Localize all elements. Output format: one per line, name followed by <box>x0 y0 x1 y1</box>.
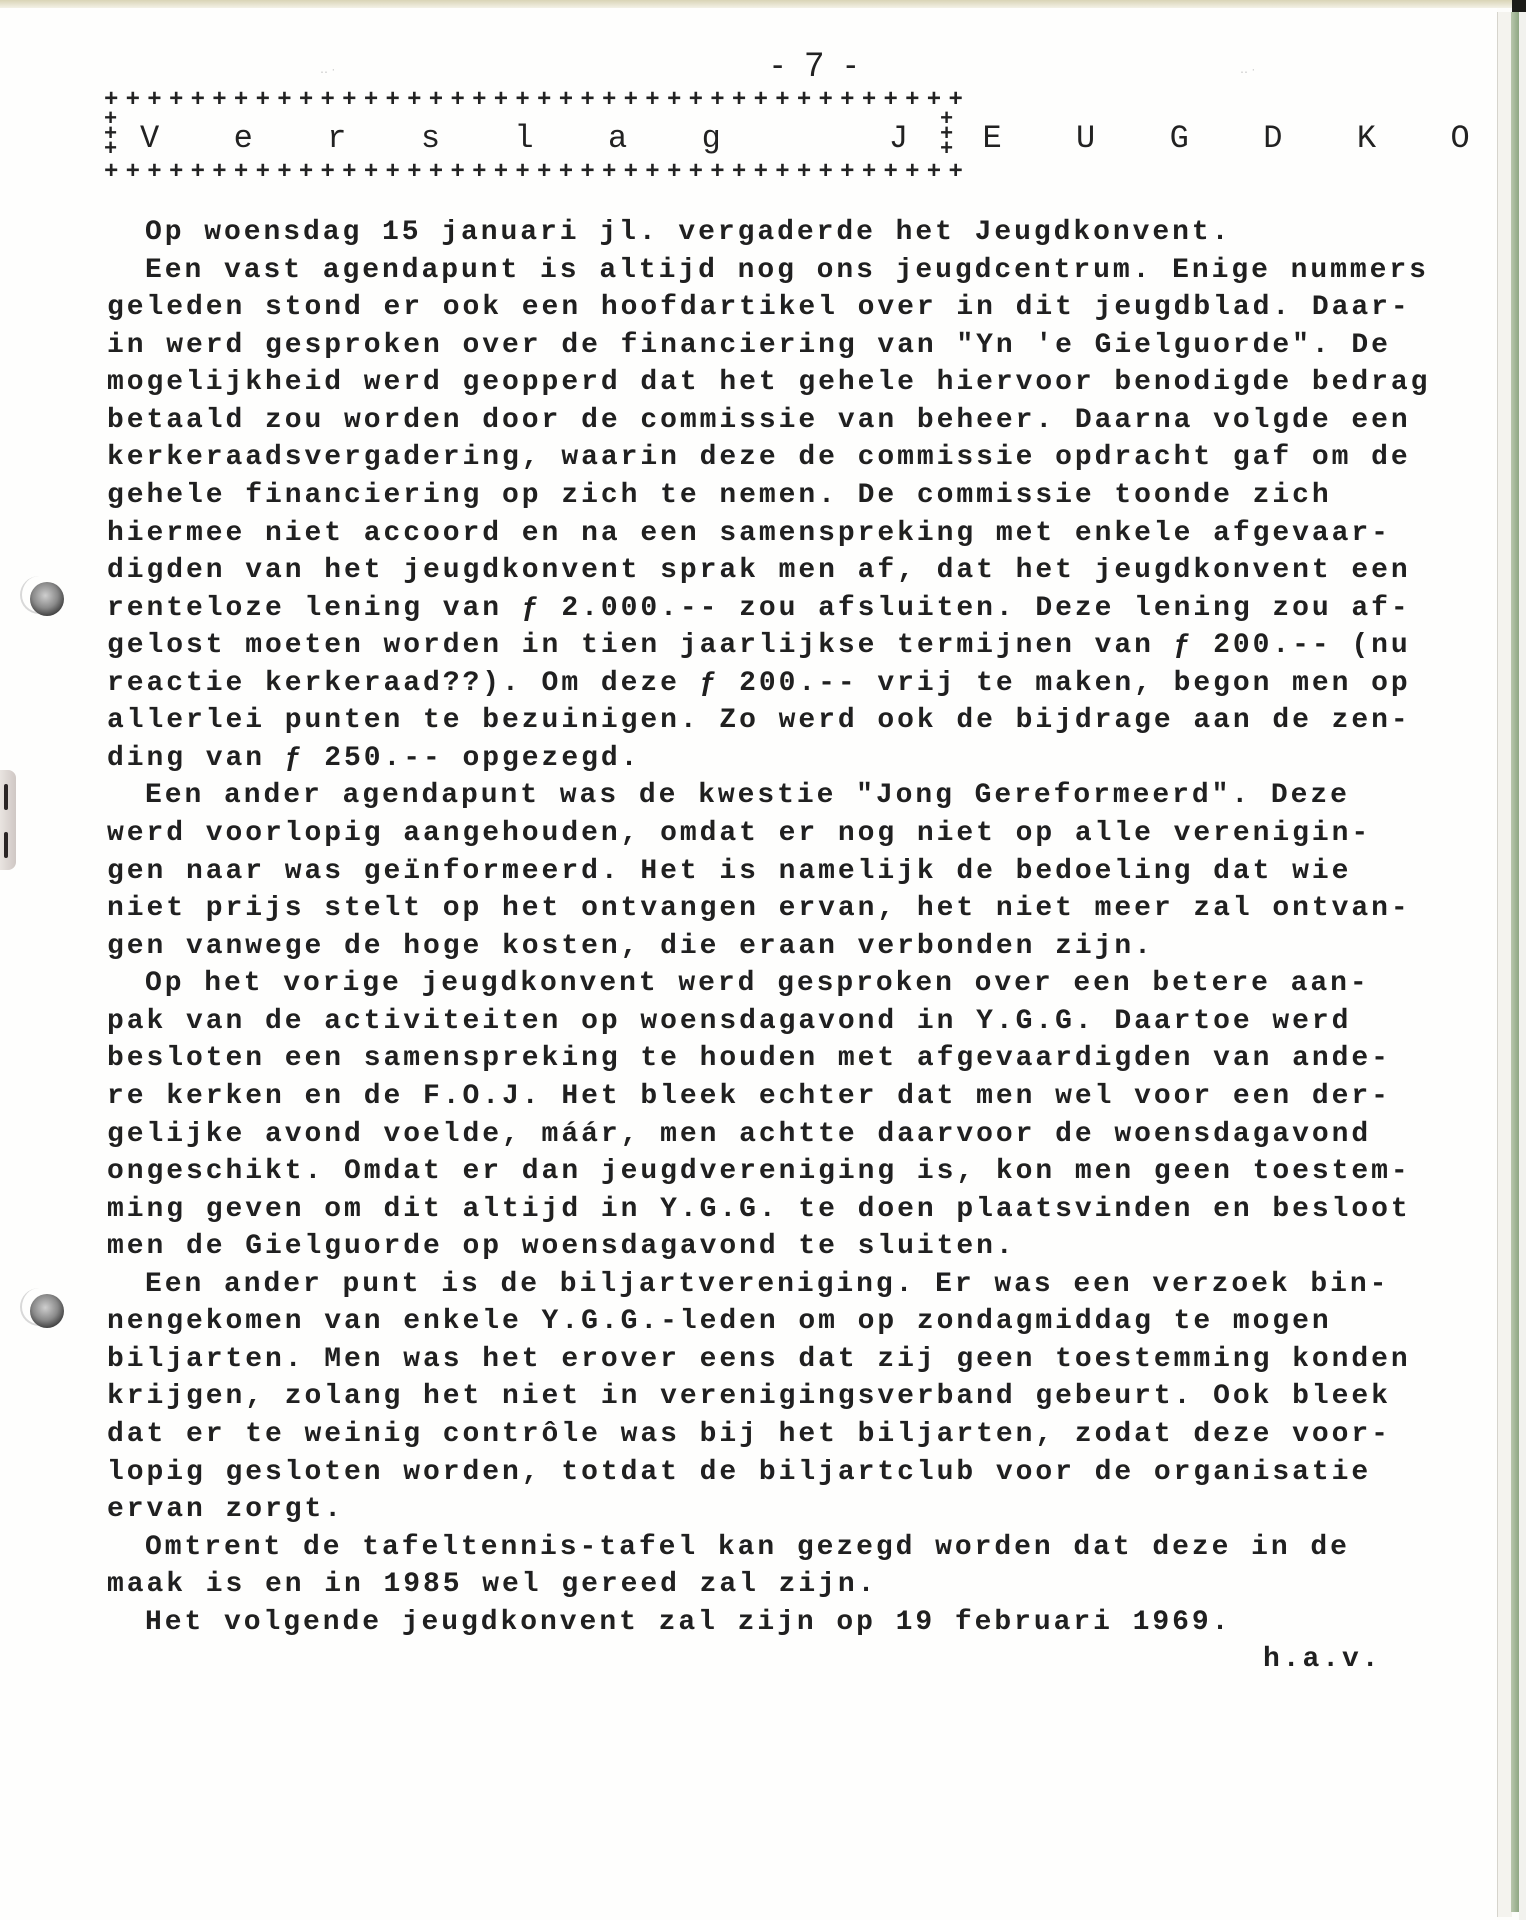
text-line: ongeschikt. Omdat er dan jeugdvereniging… <box>107 1153 1467 1191</box>
banner-left-border: + + + <box>104 112 117 157</box>
punch-hole-icon <box>30 1294 64 1328</box>
text-line: allerlei punten te bezuinigen. Zo werd o… <box>107 702 1467 740</box>
text-line: pak van de activiteiten op woensdagavond… <box>107 1003 1467 1041</box>
text-line: gelost moeten worden in tien jaarlijkse … <box>107 627 1467 665</box>
banner-right-border: + + + <box>940 112 953 157</box>
plus-char: + <box>940 142 953 157</box>
text-line: besloten een samenspreking te houden met… <box>107 1040 1467 1078</box>
page-top-edge <box>0 0 1526 8</box>
text-line: biljarten. Men was het erover eens dat z… <box>107 1341 1467 1379</box>
page-number: - 7 - <box>772 46 862 85</box>
scan-margin <box>1519 0 1526 1920</box>
text-line: re kerken en de F.O.J. Het bleek echter … <box>107 1078 1467 1116</box>
binder-ring-icon <box>0 770 16 870</box>
author-signature: h.a.v. <box>107 1641 1467 1679</box>
text-line: werd voorlopig aangehouden, omdat er nog… <box>107 815 1467 853</box>
text-line: reactie kerkeraad??). Om deze ƒ 200.-- v… <box>107 665 1467 703</box>
text-line: gelijke avond voelde, máár, men achtte d… <box>107 1116 1467 1154</box>
ring-wire <box>4 784 8 810</box>
ring-wire <box>4 832 8 858</box>
faint-mark: ‥ · <box>1240 62 1255 76</box>
binder-cover-edge <box>1511 12 1519 1912</box>
paragraph-first-line: Op het vorige jeugdkonvent werd gesproke… <box>107 965 1467 1003</box>
text-line: kerkeraadsvergadering, waarin deze de co… <box>107 439 1467 477</box>
text-line: lopig gesloten worden, totdat de biljart… <box>107 1454 1467 1492</box>
text-line: in werd gesproken over de financiering v… <box>107 327 1467 365</box>
text-line: krijgen, zolang het niet in verenigingsv… <box>107 1378 1467 1416</box>
paragraph-first-line: Op woensdag 15 januari jl. vergaderde he… <box>107 214 1467 252</box>
text-line: dat er te weinig contrôle was bij het bi… <box>107 1416 1467 1454</box>
punch-hole-icon <box>30 582 64 616</box>
paragraph-first-line: Een vast agendapunt is altijd nog ons je… <box>107 252 1467 290</box>
text-line: maak is en in 1985 wel gereed zal zijn. <box>107 1566 1467 1604</box>
banner-bottom-border: ++++++++++++++++++++++++++++++++++++++++ <box>104 164 954 182</box>
text-line: ming geven om dit altijd in Y.G.G. te do… <box>107 1191 1467 1229</box>
text-line: mogelijkheid werd geopperd dat het gehel… <box>107 364 1467 402</box>
text-line: gehele financiering op zich te nemen. De… <box>107 477 1467 515</box>
faint-mark: ‥ · <box>320 62 335 76</box>
scan-corner-shadow <box>1512 0 1526 12</box>
underlying-sheet-edge <box>1497 12 1512 1917</box>
text-line: digden van het jeugdkonvent sprak men af… <box>107 552 1467 590</box>
article-body: Op woensdag 15 januari jl. vergaderde he… <box>107 214 1467 1679</box>
banner-title: V e r s l a g J E U G D K O N V E N T <box>140 120 1526 157</box>
paragraph-first-line: Omtrent de tafeltennis-tafel kan gezegd … <box>107 1529 1467 1567</box>
text-line: ding van ƒ 250.-- opgezegd. <box>107 740 1467 778</box>
text-line: geleden stond er ook een hoofdartikel ov… <box>107 289 1467 327</box>
plus-char: + <box>104 142 117 157</box>
text-line: gen naar was geïnformeerd. Het is nameli… <box>107 853 1467 891</box>
text-line: men de Gielguorde op woensdagavond te sl… <box>107 1228 1467 1266</box>
banner-top-border: ++++++++++++++++++++++++++++++++++++++++ <box>104 92 954 110</box>
text-line: nengekomen van enkele Y.G.G.-leden om op… <box>107 1303 1467 1341</box>
paragraph-first-line: Een ander punt is de biljartvereniging. … <box>107 1266 1467 1304</box>
text-line: gen vanwege de hoge kosten, die eraan ve… <box>107 928 1467 966</box>
banner-frame: + + + V e r s l a g J E U G D K O N V E … <box>104 112 956 158</box>
paragraph-first-line: Een ander agendapunt was de kwestie "Jon… <box>107 777 1467 815</box>
text-line: betaald zou worden door de commissie van… <box>107 402 1467 440</box>
text-line: hiermee niet accoord en na een samenspre… <box>107 515 1467 553</box>
text-line: ervan zorgt. <box>107 1491 1467 1529</box>
paragraph-first-line: Het volgende jeugdkonvent zal zijn op 19… <box>107 1604 1467 1642</box>
text-line: renteloze lening van ƒ 2.000.-- zou afsl… <box>107 590 1467 628</box>
text-line: niet prijs stelt op het ontvangen ervan,… <box>107 890 1467 928</box>
